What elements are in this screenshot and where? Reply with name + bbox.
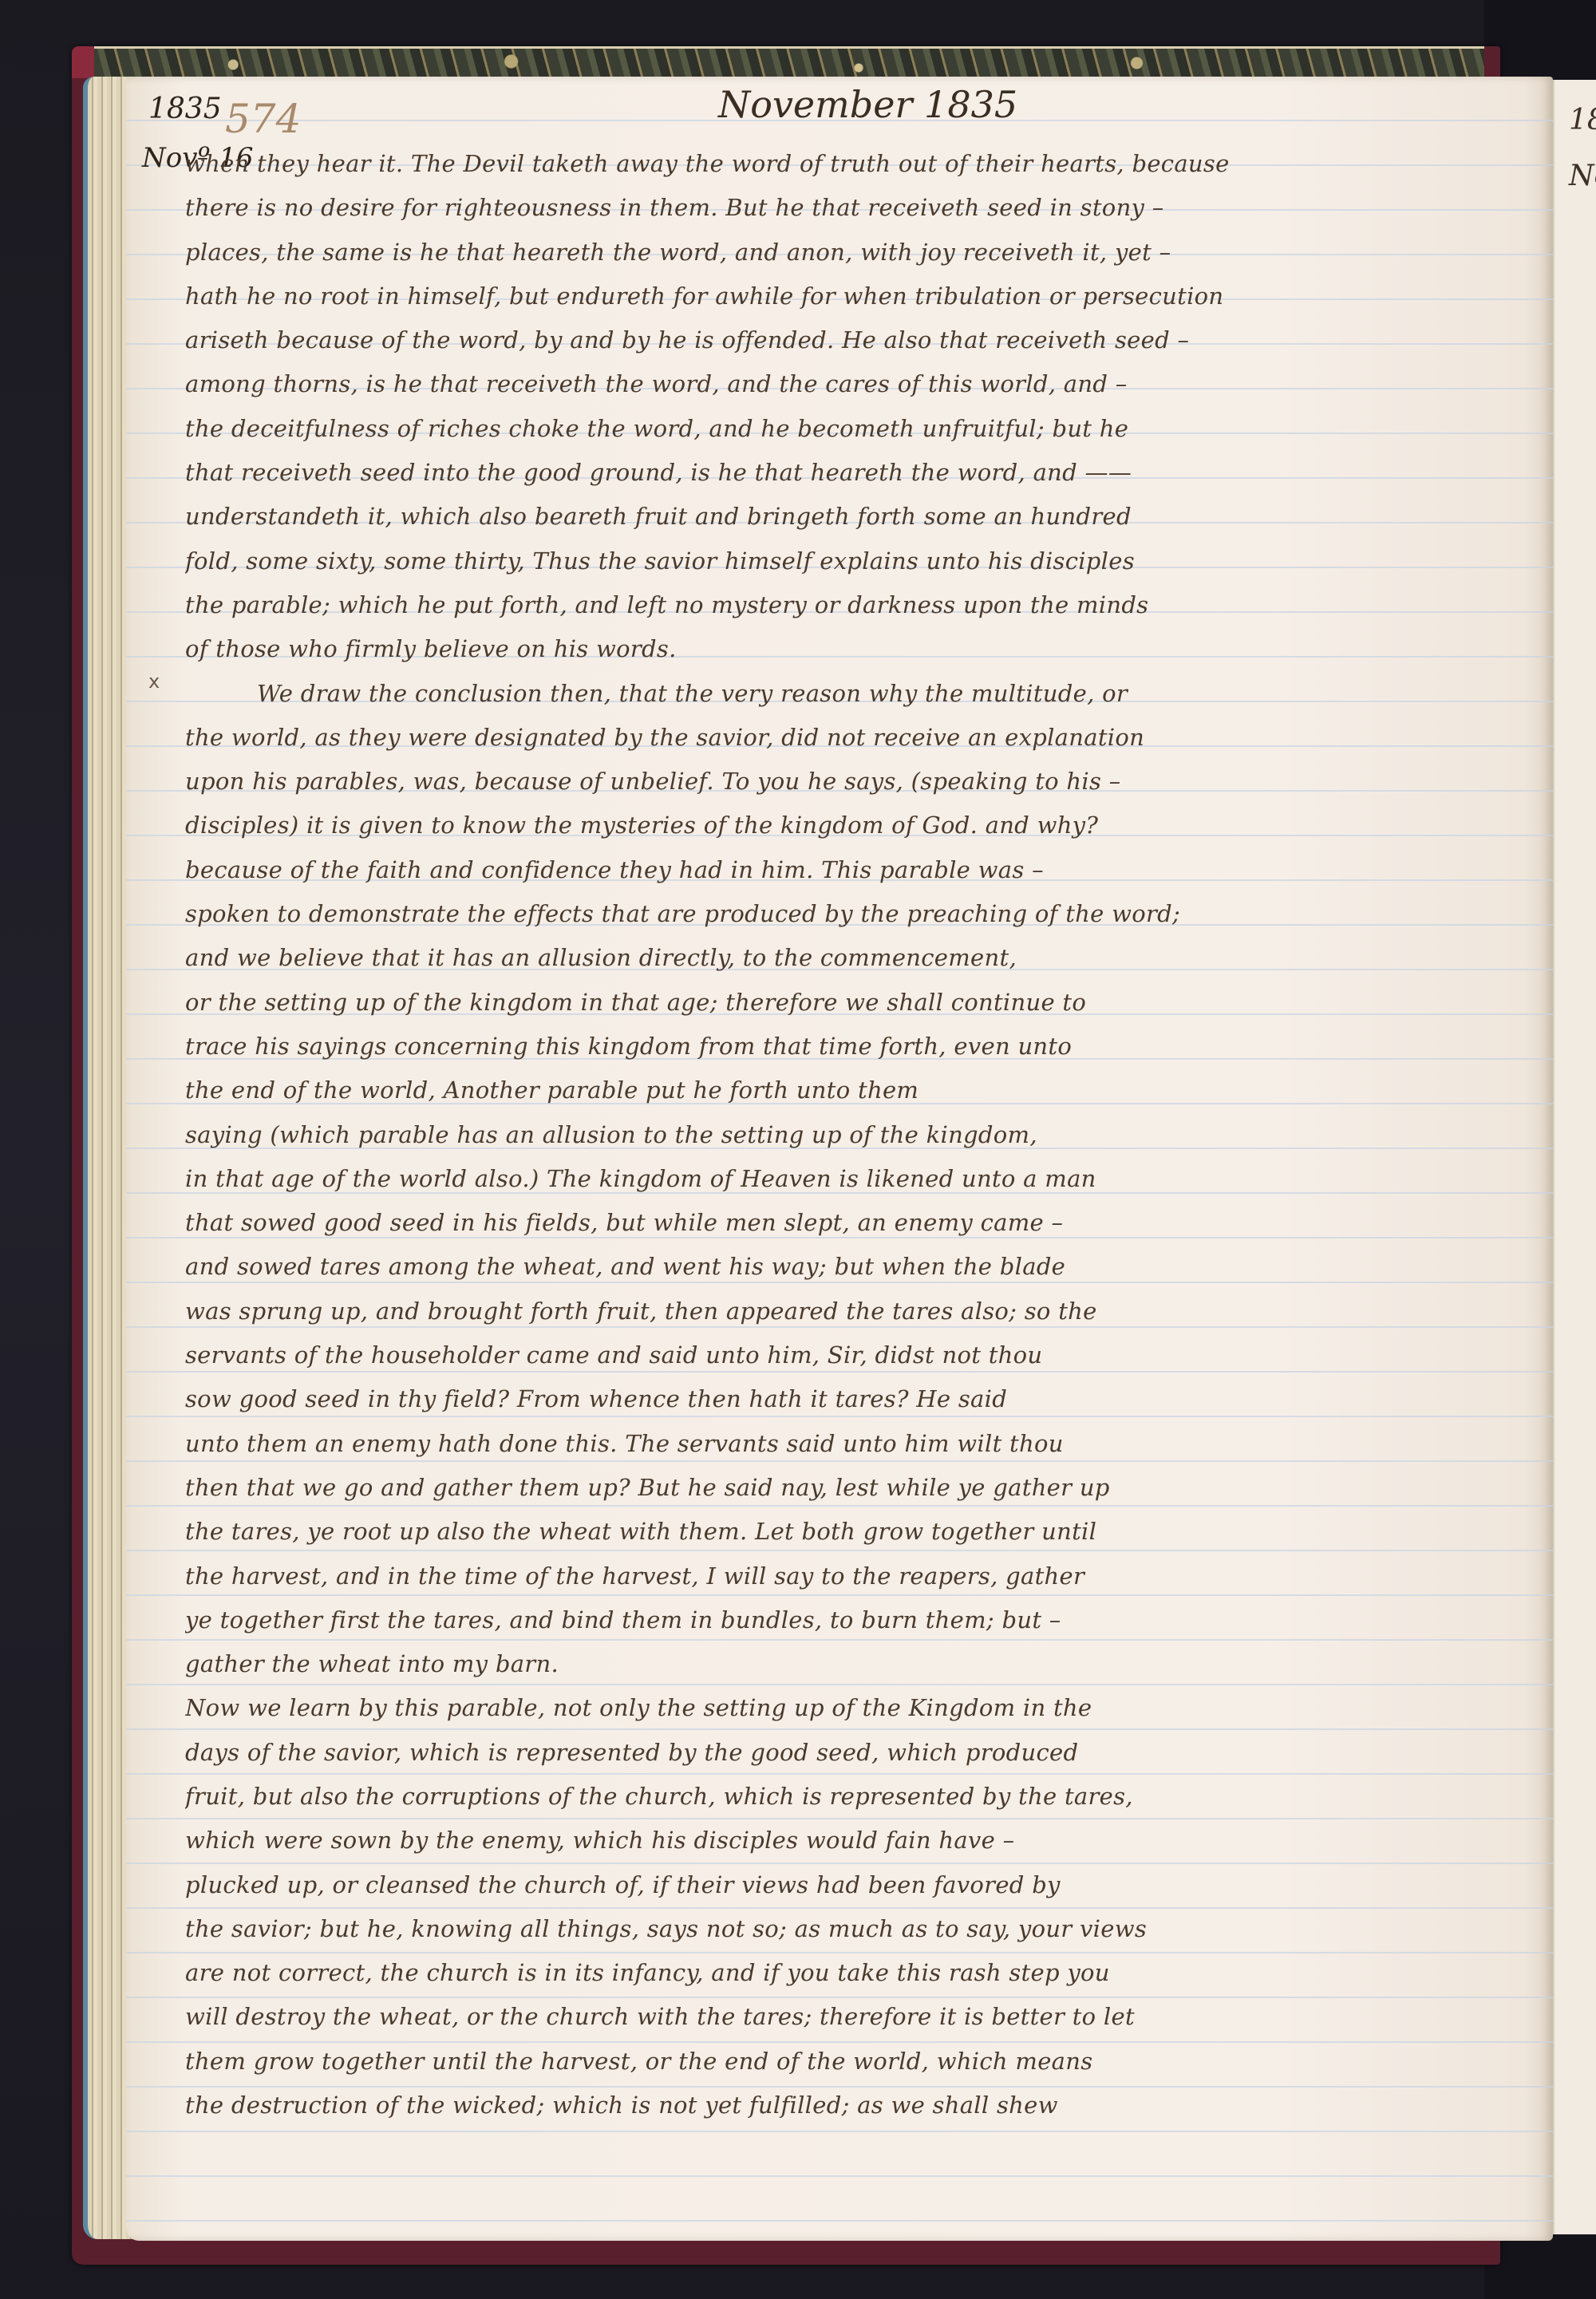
text-line: spoken to demonstrate the effects that a… <box>185 892 1494 936</box>
next-page-fragment: 18 Nov <box>1553 80 1596 2234</box>
text-line: which were sown by the enemy, which his … <box>185 1819 1494 1863</box>
text-line: the world, as they were designated by th… <box>185 716 1494 760</box>
text-line: or the setting up of the kingdom in that… <box>185 981 1494 1025</box>
text-line: the destruction of the wicked; which is … <box>185 2084 1494 2127</box>
text-line: in that age of the world also.) The king… <box>185 1157 1494 1201</box>
text-line: then that we go and gather them up? But … <box>185 1466 1494 1510</box>
text-line: will destroy the wheat, or the church wi… <box>185 1995 1494 2039</box>
text-line: that sowed good seed in his fields, but … <box>185 1201 1494 1245</box>
text-line: Now we learn by this parable, not only t… <box>185 1686 1494 1730</box>
handwritten-text-body: when they hear it. The Devil taketh away… <box>185 142 1494 2127</box>
text-line: trace his sayings concerning this kingdo… <box>185 1025 1494 1069</box>
text-line: because of the faith and confidence they… <box>185 848 1494 892</box>
text-line: the savior; but he, knowing all things, … <box>185 1907 1494 1951</box>
text-line: the deceitfulness of riches choke the wo… <box>185 407 1494 451</box>
text-line: the harvest, and in the time of the harv… <box>185 1554 1494 1598</box>
text-line: them grow together until the harvest, or… <box>185 2040 1494 2084</box>
text-line: fruit, but also the corruptions of the c… <box>185 1775 1494 1819</box>
text-line: are not correct, the church is in its in… <box>185 1951 1494 1995</box>
text-line: days of the savior, which is represented… <box>185 1731 1494 1775</box>
text-line: understandeth it, which also beareth fru… <box>185 495 1494 539</box>
text-line: We draw the conclusion then, that the ve… <box>185 672 1494 716</box>
text-line: ariseth because of the word, by and by h… <box>185 318 1494 362</box>
text-line: that receiveth seed into the good ground… <box>185 451 1494 495</box>
text-line: and we believe that it has an allusion d… <box>185 936 1494 980</box>
text-line: ye together first the tares, and bind th… <box>185 1598 1494 1642</box>
text-line: the tares, ye root up also the wheat wit… <box>185 1510 1494 1554</box>
text-line: the end of the world, Another parable pu… <box>185 1069 1494 1112</box>
text-line: upon his parables, was, because of unbel… <box>185 760 1494 804</box>
text-line: places, the same is he that heareth the … <box>185 231 1494 275</box>
text-line: was sprung up, and brought forth fruit, … <box>185 1290 1494 1333</box>
next-page-year: 18 <box>1569 104 1596 136</box>
text-line: gather the wheat into my barn. <box>185 1642 1494 1686</box>
text-line: when they hear it. The Devil taketh away… <box>185 142 1494 186</box>
next-page-month: Nov <box>1569 160 1596 192</box>
text-line: disciples) it is given to know the myste… <box>185 804 1494 847</box>
text-line: hath he no root in himself, but endureth… <box>185 275 1494 318</box>
text-line: unto them an enemy hath done this. The s… <box>185 1422 1494 1466</box>
page-number: 574 <box>225 96 301 142</box>
text-line: and sowed tares among the wheat, and wen… <box>185 1245 1494 1289</box>
text-line: there is no desire for righteousness in … <box>185 186 1494 230</box>
header-year: 1835 <box>148 93 222 125</box>
marbled-page-edge <box>94 46 1484 81</box>
text-line: fold, some sixty, some thirty, Thus the … <box>185 539 1494 583</box>
text-line: servants of the householder came and sai… <box>185 1333 1494 1377</box>
month-heading: November 1835 <box>718 83 1017 126</box>
text-line: plucked up, or cleansed the church of, i… <box>185 1863 1494 1907</box>
text-line: of those who firmly believe on his words… <box>185 627 1494 671</box>
text-line: saying (which parable has an allusion to… <box>185 1113 1494 1157</box>
text-line: sow good seed in thy field? From whence … <box>185 1377 1494 1421</box>
text-line: the parable; which he put forth, and lef… <box>185 583 1494 627</box>
text-line: among thorns, is he that receiveth the w… <box>185 362 1494 406</box>
margin-mark: x <box>148 670 160 693</box>
